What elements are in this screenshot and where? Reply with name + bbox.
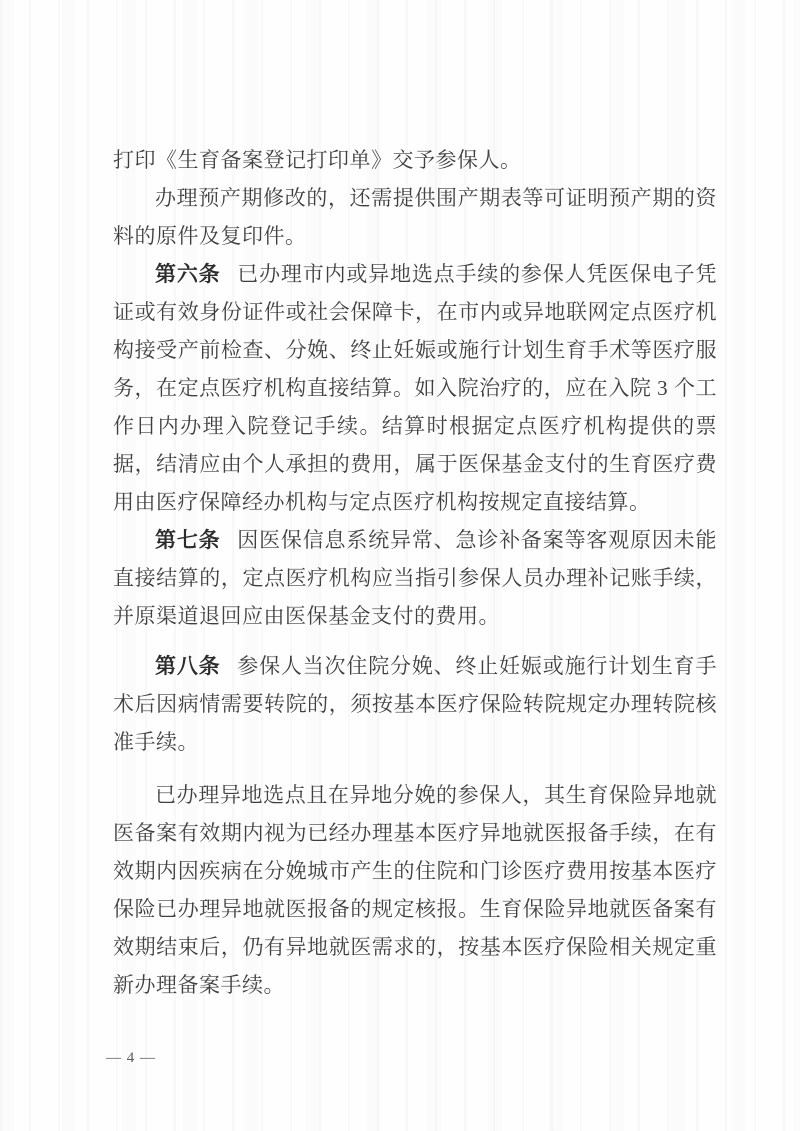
paragraph-text: 打印《生育备案登记打印单》交予参保人。 <box>113 148 522 172</box>
article-heading: 第七条 <box>155 528 220 552</box>
article-heading: 第八条 <box>155 654 220 678</box>
document-page: 打印《生育备案登记打印单》交予参保人。 办理预产期修改的，还需提供围产期表等可证… <box>0 0 800 1131</box>
paragraph-text: 已办理市内或异地选点手续的参保人凭医保电子凭证或有效身份证件或社会保障卡，在市内… <box>113 262 717 514</box>
document-body: 打印《生育备案登记打印单》交予参保人。 办理预产期修改的，还需提供围产期表等可证… <box>113 141 717 1004</box>
paragraph-article-7: 第七条因医保信息系统异常、急诊补备案等客观原因未能直接结算的，定点医疗机构应当指… <box>113 521 717 635</box>
page-footer: — 4 — <box>106 1048 156 1068</box>
paragraph: 已办理异地选点且在异地分娩的参保人，其生育保险异地就医备案有效期内视为已经办理基… <box>113 776 717 1004</box>
paragraph-text: 办理预产期修改的，还需提供围产期表等可证明预产期的资料的原件及复印件。 <box>113 186 717 248</box>
page-number: — 4 — <box>106 1050 156 1066</box>
paragraph: 办理预产期修改的，还需提供围产期表等可证明预产期的资料的原件及复印件。 <box>113 179 717 255</box>
article-heading: 第六条 <box>155 262 220 286</box>
paragraph-article-6: 第六条已办理市内或异地选点手续的参保人凭医保电子凭证或有效身份证件或社会保障卡，… <box>113 255 717 521</box>
paragraph-text: 已办理异地选点且在异地分娩的参保人，其生育保险异地就医备案有效期内视为已经办理基… <box>113 783 717 997</box>
paragraph-article-8: 第八条参保人当次住院分娩、终止妊娠或施行计划生育手术后因病情需要转院的，须按基本… <box>113 647 717 761</box>
paragraph-continuation: 打印《生育备案登记打印单》交予参保人。 <box>113 141 717 179</box>
